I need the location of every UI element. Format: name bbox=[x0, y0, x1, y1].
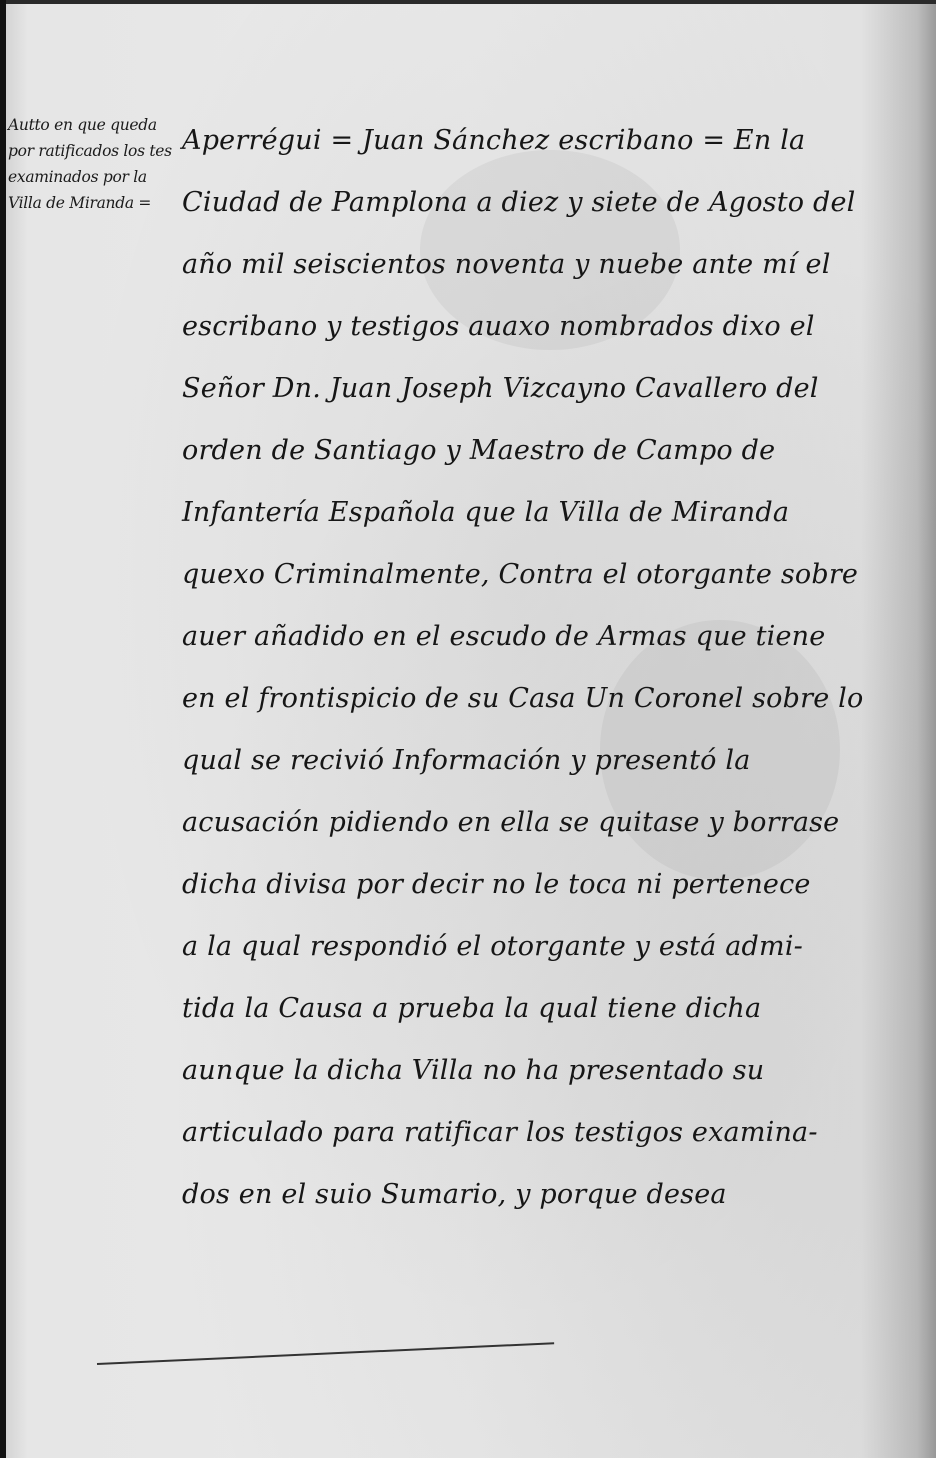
text-line: orden de Santiago y Maestro de Campo de bbox=[182, 420, 862, 482]
text-line: dos en el suio Sumario, y porque desea bbox=[182, 1164, 862, 1226]
manuscript-body: Aperrégui = Juan Sánchez escribano = En … bbox=[182, 110, 862, 1226]
closing-rule-line bbox=[97, 1342, 554, 1365]
page-left-edge bbox=[0, 0, 6, 1458]
text-line: quexo Criminalmente, Contra el otorgante… bbox=[182, 544, 862, 606]
text-line: acusación pidiendo en ella se quitase y … bbox=[182, 792, 862, 854]
text-line: Aperrégui = Juan Sánchez escribano = En … bbox=[182, 110, 862, 172]
text-line: Ciudad de Pamplona a diez y siete de Ago… bbox=[182, 172, 862, 234]
manuscript-page: Autto en que queda por ratificados los t… bbox=[0, 0, 936, 1458]
text-line: Señor Dn. Juan Joseph Vizcayno Cavallero… bbox=[182, 358, 862, 420]
margin-note-line: Autto en que queda bbox=[8, 112, 208, 138]
margin-note: Autto en que queda por ratificados los t… bbox=[8, 112, 208, 216]
text-line: escribano y testigos auaxo nombrados dix… bbox=[182, 296, 862, 358]
text-line: aunque la dicha Villa no ha presentado s… bbox=[182, 1040, 862, 1102]
text-line: articulado para ratificar los testigos e… bbox=[182, 1102, 862, 1164]
text-line: dicha divisa por decir no le toca ni per… bbox=[182, 854, 862, 916]
page-top-edge bbox=[0, 0, 936, 4]
text-line: Infantería Española que la Villa de Mira… bbox=[182, 482, 862, 544]
margin-note-line: examinados por la bbox=[8, 164, 208, 190]
text-line: auer añadido en el escudo de Armas que t… bbox=[182, 606, 862, 668]
text-line: tida la Causa a prueba la qual tiene dic… bbox=[182, 978, 862, 1040]
text-line: en el frontispicio de su Casa Un Coronel… bbox=[182, 668, 862, 730]
margin-note-line: Villa de Miranda = bbox=[8, 190, 208, 216]
text-line: año mil seiscientos noventa y nuebe ante… bbox=[182, 234, 862, 296]
margin-note-line: por ratificados los tes bbox=[8, 138, 208, 164]
text-line: a la qual respondió el otorgante y está … bbox=[182, 916, 862, 978]
text-line: qual se recivió Información y presentó l… bbox=[182, 730, 862, 792]
